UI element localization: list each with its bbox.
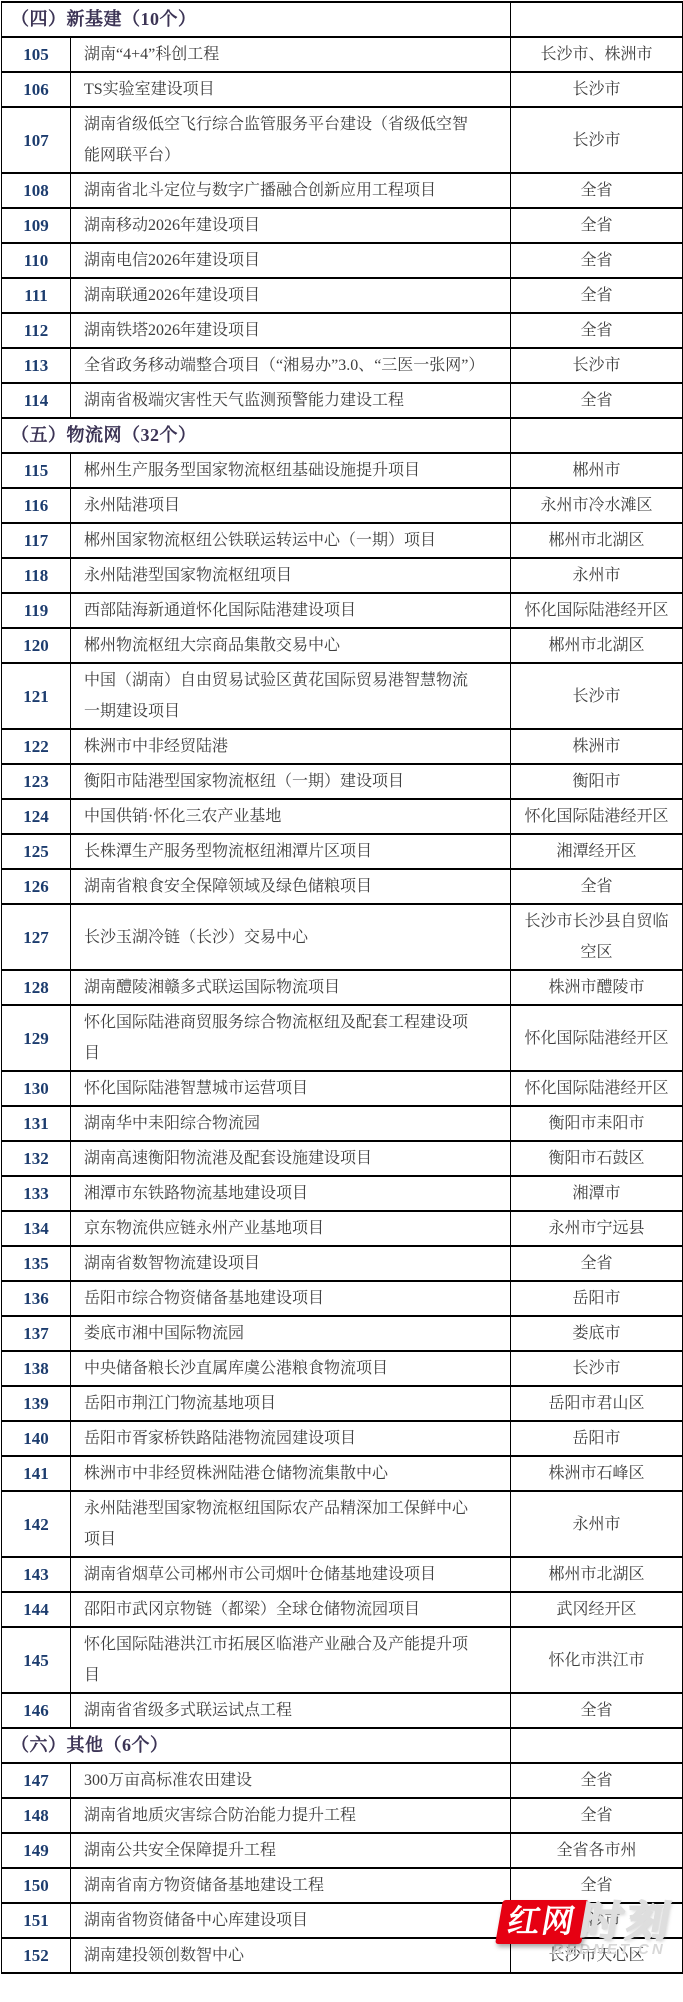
- project-name: 衡阳市陆港型国家物流枢纽（一期）建设项目: [71, 764, 511, 799]
- project-location: 衡阳市石鼓区: [511, 1141, 683, 1176]
- row-number: 124: [2, 799, 71, 834]
- row-number: 120: [2, 628, 71, 663]
- row-number: 105: [2, 37, 71, 72]
- project-location: 长沙市: [511, 1903, 683, 1938]
- project-location: 全省: [511, 278, 683, 313]
- project-location: 长沙市: [511, 1351, 683, 1386]
- row-number: 114: [2, 383, 71, 418]
- project-location: 湘潭经开区: [511, 834, 683, 869]
- project-location: 长沙市天心区: [511, 1938, 683, 1973]
- project-name: 中国（湖南）自由贸易试验区黄花国际贸易港智慧物流一期建设项目: [71, 663, 511, 729]
- table-row: 123衡阳市陆港型国家物流枢纽（一期）建设项目衡阳市: [2, 764, 683, 799]
- project-location: 全省: [511, 1798, 683, 1833]
- table-row: 143湖南省烟草公司郴州市公司烟叶仓储基地建设项目郴州市北湖区: [2, 1557, 683, 1592]
- section-title: （五）物流网（32个）: [2, 418, 511, 453]
- project-name: 中国供销·怀化三农产业基地: [71, 799, 511, 834]
- table-row: 137娄底市湘中国际物流园娄底市: [2, 1316, 683, 1351]
- project-name: 长沙玉湖冷链（长沙）交易中心: [71, 904, 511, 970]
- project-name: 湖南公共安全保障提升工程: [71, 1833, 511, 1868]
- project-name: 娄底市湘中国际物流园: [71, 1316, 511, 1351]
- project-table: （四）新基建（10个）105湖南“4+4”科创工程长沙市、株洲市106TS实验室…: [1, 1, 683, 1974]
- project-location: 岳阳市: [511, 1421, 683, 1456]
- row-number: 133: [2, 1176, 71, 1211]
- project-name: 中央储备粮长沙直属库虞公港粮食物流项目: [71, 1351, 511, 1386]
- project-location: 怀化国际陆港经开区: [511, 593, 683, 628]
- table-row: 109湖南移动2026年建设项目全省: [2, 208, 683, 243]
- row-number: 119: [2, 593, 71, 628]
- table-row: 115郴州生产服务型国家物流枢纽基础设施提升项目郴州市: [2, 453, 683, 488]
- project-name: 永州陆港项目: [71, 488, 511, 523]
- row-number: 111: [2, 278, 71, 313]
- table-row: 124中国供销·怀化三农产业基地怀化国际陆港经开区: [2, 799, 683, 834]
- project-location: 长沙市: [511, 72, 683, 107]
- table-row: 146湖南省省级多式联运试点工程全省: [2, 1693, 683, 1728]
- project-location: 娄底市: [511, 1316, 683, 1351]
- project-location: 长沙市: [511, 348, 683, 383]
- project-name: 湖南省粮食安全保障领域及绿色储粮项目: [71, 869, 511, 904]
- table-row: 106TS实验室建设项目长沙市: [2, 72, 683, 107]
- project-location: 全省: [511, 243, 683, 278]
- project-location: 全省: [511, 208, 683, 243]
- table-row: 111湖南联通2026年建设项目全省: [2, 278, 683, 313]
- project-name: 怀化国际陆港智慧城市运营项目: [71, 1071, 511, 1106]
- table-row: 110湖南电信2026年建设项目全省: [2, 243, 683, 278]
- project-location: 武冈经开区: [511, 1592, 683, 1627]
- project-name: 长株潭生产服务型物流枢纽湘潭片区项目: [71, 834, 511, 869]
- project-name: 湖南省省级多式联运试点工程: [71, 1693, 511, 1728]
- project-name: 湖南省南方物资储备基地建设工程: [71, 1868, 511, 1903]
- row-number: 108: [2, 173, 71, 208]
- project-name: 永州陆港型国家物流枢纽项目: [71, 558, 511, 593]
- project-table-body: （四）新基建（10个）105湖南“4+4”科创工程长沙市、株洲市106TS实验室…: [2, 2, 683, 1973]
- project-name: 株洲市中非经贸陆港: [71, 729, 511, 764]
- project-location: 永州市: [511, 558, 683, 593]
- project-location: 怀化国际陆港经开区: [511, 1005, 683, 1071]
- table-row: 127长沙玉湖冷链（长沙）交易中心长沙市长沙县自贸临空区: [2, 904, 683, 970]
- table-row: 130怀化国际陆港智慧城市运营项目怀化国际陆港经开区: [2, 1071, 683, 1106]
- project-location: 湘潭市: [511, 1176, 683, 1211]
- table-row: 134京东物流供应链永州产业基地项目永州市宁远县: [2, 1211, 683, 1246]
- table-row: 138中央储备粮长沙直属库虞公港粮食物流项目长沙市: [2, 1351, 683, 1386]
- project-name: 京东物流供应链永州产业基地项目: [71, 1211, 511, 1246]
- project-name: 湖南联通2026年建设项目: [71, 278, 511, 313]
- row-number: 122: [2, 729, 71, 764]
- table-row: 120郴州物流枢纽大宗商品集散交易中心郴州市北湖区: [2, 628, 683, 663]
- project-location: 全省: [511, 1763, 683, 1798]
- row-number: 121: [2, 663, 71, 729]
- table-row: 150湖南省南方物资储备基地建设工程全省: [2, 1868, 683, 1903]
- project-name: 湖南省级低空飞行综合监管服务平台建设（省级低空智能网联平台）: [71, 107, 511, 173]
- table-row: 142永州陆港型国家物流枢纽国际农产品精深加工保鲜中心项目永州市: [2, 1491, 683, 1557]
- row-number: 116: [2, 488, 71, 523]
- row-number: 150: [2, 1868, 71, 1903]
- row-number: 148: [2, 1798, 71, 1833]
- row-number: 109: [2, 208, 71, 243]
- project-location: 永州市宁远县: [511, 1211, 683, 1246]
- row-number: 129: [2, 1005, 71, 1071]
- project-name: 湖南铁塔2026年建设项目: [71, 313, 511, 348]
- section-empty-cell: [511, 2, 683, 37]
- project-name: 西部陆海新通道怀化国际陆港建设项目: [71, 593, 511, 628]
- table-row: 117郴州国家物流枢纽公铁联运转运中心（一期）项目郴州市北湖区: [2, 523, 683, 558]
- project-location: 株洲市石峰区: [511, 1456, 683, 1491]
- section-empty-cell: [511, 418, 683, 453]
- row-number: 136: [2, 1281, 71, 1316]
- table-row: 105湖南“4+4”科创工程长沙市、株洲市: [2, 37, 683, 72]
- table-row: 125长株潭生产服务型物流枢纽湘潭片区项目湘潭经开区: [2, 834, 683, 869]
- row-number: 145: [2, 1627, 71, 1693]
- project-location: 长沙市、株洲市: [511, 37, 683, 72]
- table-row: 112湖南铁塔2026年建设项目全省: [2, 313, 683, 348]
- project-location: 怀化国际陆港经开区: [511, 799, 683, 834]
- row-number: 123: [2, 764, 71, 799]
- table-row: 139岳阳市荆江门物流基地项目岳阳市君山区: [2, 1386, 683, 1421]
- table-row: 113全省政务移动端整合项目（“湘易办”3.0、“三医一张网”）长沙市: [2, 348, 683, 383]
- document-page: （四）新基建（10个）105湖南“4+4”科创工程长沙市、株洲市106TS实验室…: [0, 1, 683, 1974]
- project-name: 郴州生产服务型国家物流枢纽基础设施提升项目: [71, 453, 511, 488]
- row-number: 152: [2, 1938, 71, 1973]
- row-number: 134: [2, 1211, 71, 1246]
- project-name: 永州陆港型国家物流枢纽国际农产品精深加工保鲜中心项目: [71, 1491, 511, 1557]
- project-location: 株洲市醴陵市: [511, 970, 683, 1005]
- table-row: 121中国（湖南）自由贸易试验区黄花国际贸易港智慧物流一期建设项目长沙市: [2, 663, 683, 729]
- table-row: 131湖南华中耒阳综合物流园衡阳市耒阳市: [2, 1106, 683, 1141]
- project-name: 岳阳市荆江门物流基地项目: [71, 1386, 511, 1421]
- section-header-row: （五）物流网（32个）: [2, 418, 683, 453]
- table-row: 129怀化国际陆港商贸服务综合物流枢纽及配套工程建设项目怀化国际陆港经开区: [2, 1005, 683, 1071]
- table-row: 118永州陆港型国家物流枢纽项目永州市: [2, 558, 683, 593]
- project-name: 湖南建投领创数智中心: [71, 1938, 511, 1973]
- table-row: 145怀化国际陆港洪江市拓展区临港产业融合及产能提升项目怀化市洪江市: [2, 1627, 683, 1693]
- row-number: 130: [2, 1071, 71, 1106]
- row-number: 146: [2, 1693, 71, 1728]
- project-location: 全省: [511, 1246, 683, 1281]
- project-name: 湖南华中耒阳综合物流园: [71, 1106, 511, 1141]
- row-number: 125: [2, 834, 71, 869]
- row-number: 151: [2, 1903, 71, 1938]
- project-location: 郴州市: [511, 453, 683, 488]
- project-name: 郴州物流枢纽大宗商品集散交易中心: [71, 628, 511, 663]
- table-row: 147300万亩高标准农田建设全省: [2, 1763, 683, 1798]
- row-number: 118: [2, 558, 71, 593]
- row-number: 117: [2, 523, 71, 558]
- project-name: 株洲市中非经贸株洲陆港仓储物流集散中心: [71, 1456, 511, 1491]
- section-empty-cell: [511, 1728, 683, 1763]
- section-title: （六）其他（6个）: [2, 1728, 511, 1763]
- project-location: 衡阳市耒阳市: [511, 1106, 683, 1141]
- table-row: 133湘潭市东铁路物流基地建设项目湘潭市: [2, 1176, 683, 1211]
- table-row: 114湖南省极端灾害性天气监测预警能力建设工程全省: [2, 383, 683, 418]
- table-row: 136岳阳市综合物资储备基地建设项目岳阳市: [2, 1281, 683, 1316]
- row-number: 126: [2, 869, 71, 904]
- project-location: 全省: [511, 173, 683, 208]
- row-number: 110: [2, 243, 71, 278]
- row-number: 142: [2, 1491, 71, 1557]
- project-name: 郴州国家物流枢纽公铁联运转运中心（一期）项目: [71, 523, 511, 558]
- project-location: 怀化国际陆港经开区: [511, 1071, 683, 1106]
- project-name: 湖南省物资储备中心库建设项目: [71, 1903, 511, 1938]
- row-number: 147: [2, 1763, 71, 1798]
- row-number: 112: [2, 313, 71, 348]
- row-number: 115: [2, 453, 71, 488]
- project-location: 岳阳市: [511, 1281, 683, 1316]
- project-name: 湖南省数智物流建设项目: [71, 1246, 511, 1281]
- project-name: 湖南醴陵湘赣多式联运国际物流项目: [71, 970, 511, 1005]
- project-name: 湖南省北斗定位与数字广播融合创新应用工程项目: [71, 173, 511, 208]
- table-row: 126湖南省粮食安全保障领域及绿色储粮项目全省: [2, 869, 683, 904]
- project-name: 湖南省地质灾害综合防治能力提升工程: [71, 1798, 511, 1833]
- row-number: 131: [2, 1106, 71, 1141]
- project-name: 湖南电信2026年建设项目: [71, 243, 511, 278]
- row-number: 137: [2, 1316, 71, 1351]
- table-row: 122株洲市中非经贸陆港株洲市: [2, 729, 683, 764]
- project-location: 全省: [511, 383, 683, 418]
- row-number: 132: [2, 1141, 71, 1176]
- project-location: 衡阳市: [511, 764, 683, 799]
- project-location: 长沙市长沙县自贸临空区: [511, 904, 683, 970]
- table-row: 140岳阳市胥家桥铁路陆港物流园建设项目岳阳市: [2, 1421, 683, 1456]
- project-name: 湖南省烟草公司郴州市公司烟叶仓储基地建设项目: [71, 1557, 511, 1592]
- project-location: 怀化市洪江市: [511, 1627, 683, 1693]
- table-row: 135湖南省数智物流建设项目全省: [2, 1246, 683, 1281]
- project-name: 岳阳市胥家桥铁路陆港物流园建设项目: [71, 1421, 511, 1456]
- row-number: 135: [2, 1246, 71, 1281]
- project-location: 全省: [511, 1693, 683, 1728]
- row-number: 149: [2, 1833, 71, 1868]
- project-name: 湘潭市东铁路物流基地建设项目: [71, 1176, 511, 1211]
- project-name: 湖南省极端灾害性天气监测预警能力建设工程: [71, 383, 511, 418]
- project-name: 湖南移动2026年建设项目: [71, 208, 511, 243]
- project-name: 怀化国际陆港洪江市拓展区临港产业融合及产能提升项目: [71, 1627, 511, 1693]
- project-location: 郴州市北湖区: [511, 628, 683, 663]
- project-location: 长沙市: [511, 663, 683, 729]
- table-row: 144邵阳市武冈京物链（都梁）全球仓储物流园项目武冈经开区: [2, 1592, 683, 1627]
- section-title: （四）新基建（10个）: [2, 2, 511, 37]
- project-name: 湖南“4+4”科创工程: [71, 37, 511, 72]
- project-name: TS实验室建设项目: [71, 72, 511, 107]
- project-location: 株洲市: [511, 729, 683, 764]
- section-header-row: （六）其他（6个）: [2, 1728, 683, 1763]
- project-name: 邵阳市武冈京物链（都梁）全球仓储物流园项目: [71, 1592, 511, 1627]
- table-row: 116永州陆港项目永州市冷水滩区: [2, 488, 683, 523]
- table-row: 132湖南高速衡阳物流港及配套设施建设项目衡阳市石鼓区: [2, 1141, 683, 1176]
- row-number: 127: [2, 904, 71, 970]
- table-row: 141株洲市中非经贸株洲陆港仓储物流集散中心株洲市石峰区: [2, 1456, 683, 1491]
- project-name: 300万亩高标准农田建设: [71, 1763, 511, 1798]
- project-location: 郴州市北湖区: [511, 1557, 683, 1592]
- project-location: 全省各市州: [511, 1833, 683, 1868]
- project-location: 永州市冷水滩区: [511, 488, 683, 523]
- table-row: 152湖南建投领创数智中心长沙市天心区: [2, 1938, 683, 1973]
- row-number: 113: [2, 348, 71, 383]
- project-location: 全省: [511, 1868, 683, 1903]
- project-location: 长沙市: [511, 107, 683, 173]
- table-row: 151湖南省物资储备中心库建设项目长沙市: [2, 1903, 683, 1938]
- row-number: 143: [2, 1557, 71, 1592]
- row-number: 128: [2, 970, 71, 1005]
- row-number: 107: [2, 107, 71, 173]
- row-number: 144: [2, 1592, 71, 1627]
- project-name: 岳阳市综合物资储备基地建设项目: [71, 1281, 511, 1316]
- table-row: 128湖南醴陵湘赣多式联运国际物流项目株洲市醴陵市: [2, 970, 683, 1005]
- project-location: 岳阳市君山区: [511, 1386, 683, 1421]
- table-row: 107湖南省级低空飞行综合监管服务平台建设（省级低空智能网联平台）长沙市: [2, 107, 683, 173]
- project-name: 全省政务移动端整合项目（“湘易办”3.0、“三医一张网”）: [71, 348, 511, 383]
- row-number: 139: [2, 1386, 71, 1421]
- section-header-row: （四）新基建（10个）: [2, 2, 683, 37]
- row-number: 140: [2, 1421, 71, 1456]
- project-location: 永州市: [511, 1491, 683, 1557]
- row-number: 141: [2, 1456, 71, 1491]
- project-location: 全省: [511, 869, 683, 904]
- project-location: 郴州市北湖区: [511, 523, 683, 558]
- table-row: 108湖南省北斗定位与数字广播融合创新应用工程项目全省: [2, 173, 683, 208]
- project-location: 全省: [511, 313, 683, 348]
- project-name: 怀化国际陆港商贸服务综合物流枢纽及配套工程建设项目: [71, 1005, 511, 1071]
- row-number: 106: [2, 72, 71, 107]
- table-row: 148湖南省地质灾害综合防治能力提升工程全省: [2, 1798, 683, 1833]
- table-row: 119西部陆海新通道怀化国际陆港建设项目怀化国际陆港经开区: [2, 593, 683, 628]
- row-number: 138: [2, 1351, 71, 1386]
- project-name: 湖南高速衡阳物流港及配套设施建设项目: [71, 1141, 511, 1176]
- table-row: 149湖南公共安全保障提升工程全省各市州: [2, 1833, 683, 1868]
